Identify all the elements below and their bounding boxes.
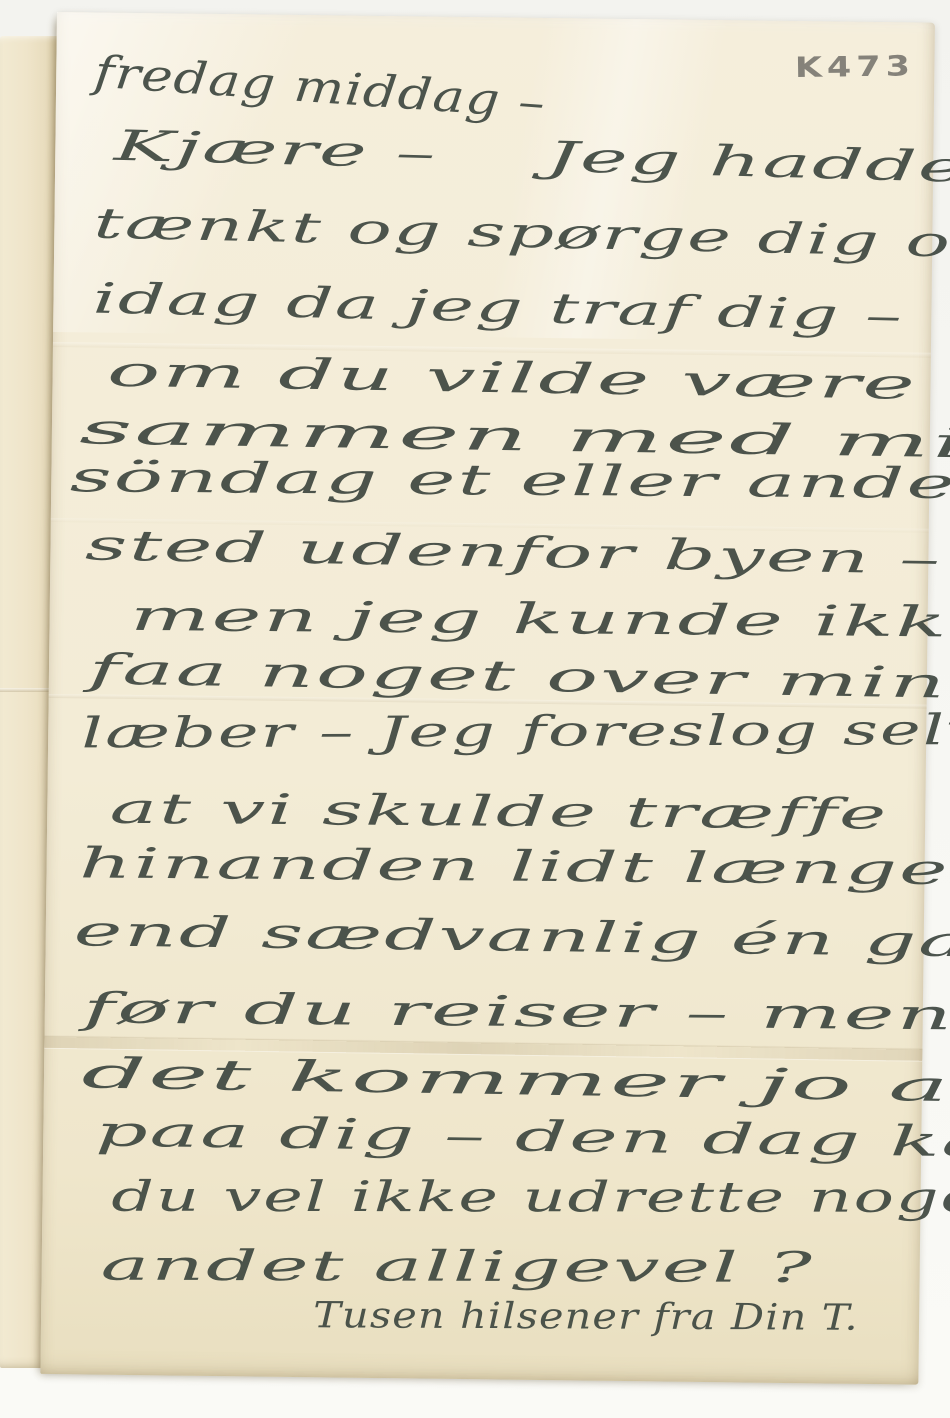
handwriting-line: andet alligevel ? [100,1245,815,1289]
handwriting-line: end sædvanlig én gang [74,910,950,964]
handwriting-line: faa noget over mine [88,648,950,705]
handwriting-line: det kommer jo an [81,1052,950,1109]
handwriting-line: söndag et eller andet [70,456,950,505]
letter-page: K473 fredag middag – Kjære – Jeg hadde t… [40,12,935,1385]
handwriting-line: paa dig – den dag kan [95,1111,950,1165]
handwriting-line: læber – Jeg foreslog selv [80,709,950,754]
handwriting-line: sted udenfor byen – [85,524,943,580]
handwriting-line: hinanden lidt længere [79,842,950,891]
handwriting-line: idag da jeg traf dig – [92,277,905,337]
handwriting-line: men jeg kunde ikke [130,595,950,644]
archive-number: K473 [795,49,916,84]
handwriting-line: tænkt og spørge dig om, [93,202,950,265]
handwriting-line: fredag middag – [92,50,548,126]
handwriting-line: Kjære – Jeg hadde [113,125,950,189]
signature-line: Tusen hilsener fra Din T. [313,1298,859,1337]
handwriting-line: at vi skulde træffe [110,788,889,836]
scan-background: K473 fredag middag – Kjære – Jeg hadde t… [0,0,950,1418]
handwriting-line: om du vilde være [107,351,918,406]
handwriting-line: før du reiser – men [83,987,950,1036]
handwriting-line: du vel ikke udrette noget [111,1176,950,1219]
